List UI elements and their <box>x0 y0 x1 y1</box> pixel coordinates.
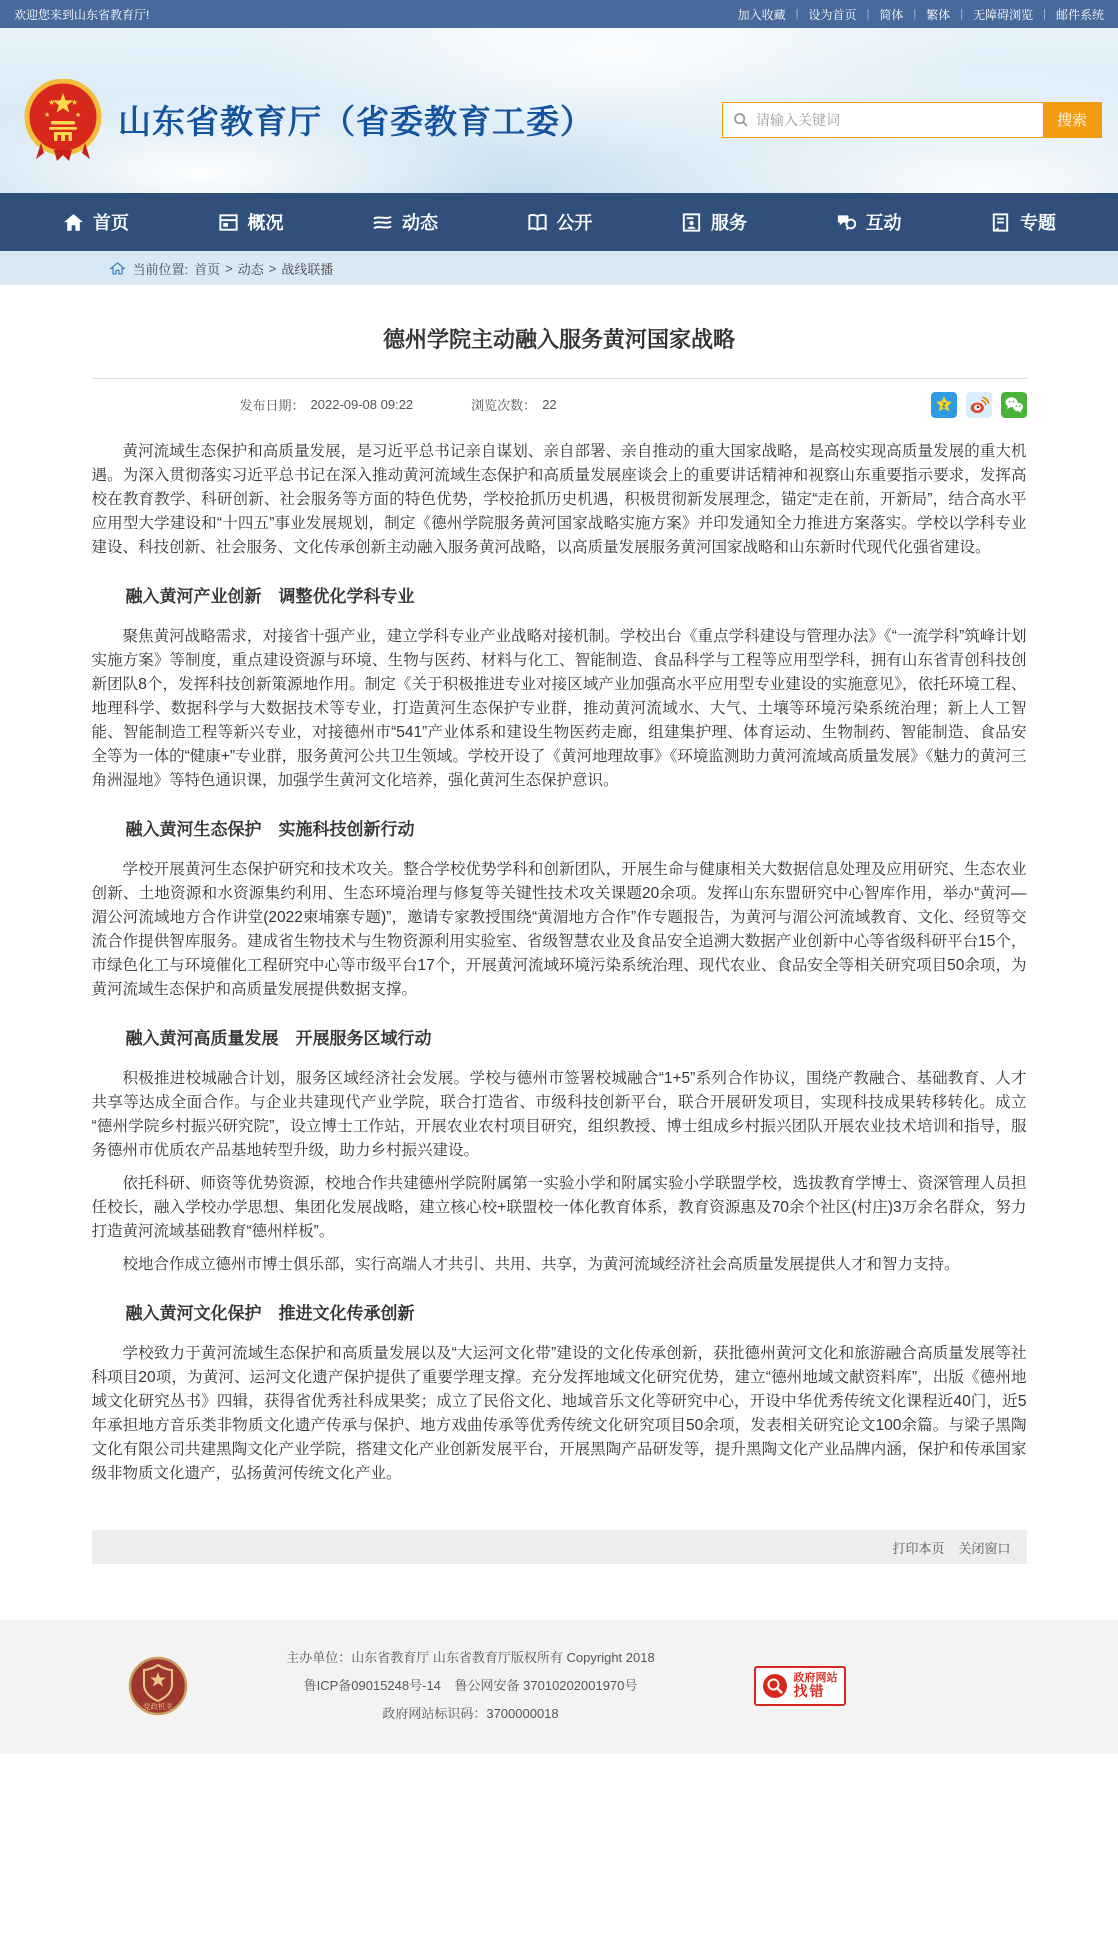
party-gov-badge-icon: 党政机关 <box>128 1656 188 1716</box>
search-button[interactable]: 搜索 <box>1043 103 1101 137</box>
nav-item-topic[interactable]: 专题 <box>989 209 1056 235</box>
article-paragraph: 校地合作成立德州市博士俱乐部，实行高端人才共引、共用、共享，为黄河流域经济社会高… <box>92 1253 1027 1277</box>
print-bar: 打印本页 关闭窗口 <box>92 1530 1027 1564</box>
topbar-link-separator: | <box>913 8 916 20</box>
nav-item-overview[interactable]: 概况 <box>217 209 284 235</box>
section-heading: 融入黄河文化保护 推进文化传承创新 <box>92 1302 1027 1326</box>
footer-sponsor-line: 主办单位：山东省教育厅 山东省教育厅版权所有 Copyright 2018 <box>236 1644 706 1672</box>
breadcrumb-items: 首页>动态>战线联播 <box>194 259 333 278</box>
search-icon <box>732 111 749 128</box>
page-footer: 党政机关 主办单位：山东省教育厅 山东省教育厅版权所有 Copyright 20… <box>0 1620 1118 1754</box>
icp-number[interactable]: 鲁ICP备09015248号-14 <box>304 1678 441 1693</box>
topbar-link-3[interactable]: 繁体 <box>926 6 950 23</box>
breadcrumb-home-icon <box>110 261 125 276</box>
breadcrumb-item-1[interactable]: 动态 <box>238 259 264 278</box>
overview-icon <box>217 211 240 234</box>
police-registration-number[interactable]: 鲁公网安备 37010202001970号 <box>455 1678 638 1693</box>
search-box: 搜索 <box>722 102 1102 138</box>
nav-item-public[interactable]: 公开 <box>526 209 593 235</box>
article-paragraph: 学校开展黄河生态保护研究和技术攻关。整合学校优势学科和创新团队，开展生命与健康相… <box>92 858 1027 1002</box>
svg-text:★: ★ <box>75 111 81 119</box>
main-nav-items: 首页概况动态公开服务互动专题 <box>0 193 1118 251</box>
site-identification-code: 政府网站标识码：3700000018 <box>236 1700 706 1728</box>
article-meta-row: 发布日期： 2022-09-08 09:22 浏览次数： 22 Z <box>92 378 1027 418</box>
article-body: 黄河流域生态保护和高质量发展，是习近平总书记亲自谋划、亲自部署、亲自推动的重大国… <box>92 440 1027 1486</box>
breadcrumb: 当前位置: 首页>动态>战线联播 <box>92 251 1027 285</box>
topbar-link-separator: | <box>796 8 799 20</box>
nav-item-label: 首页 <box>93 209 129 235</box>
svg-text:Z: Z <box>941 402 946 409</box>
nav-item-home[interactable]: 首页 <box>62 209 129 235</box>
nav-item-service[interactable]: 服务 <box>680 209 747 235</box>
article-paragraph: 学校致力于黄河流域生态保护和高质量发展以及“大运河文化带”建设的文化传承创新，获… <box>92 1342 1027 1486</box>
article-paragraph: 聚焦黄河战略需求，对接省十强产业，建立学科专业产业战略对接机制。学校出台《重点学… <box>92 625 1027 793</box>
print-page-button[interactable]: 打印本页 <box>892 1538 944 1557</box>
breadcrumb-separator: > <box>225 261 233 276</box>
svg-text:★: ★ <box>71 98 78 107</box>
site-error-report-badge[interactable]: 政府网站 找错 <box>754 1666 846 1706</box>
footer-text: 主办单位：山东省教育厅 山东省教育厅版权所有 Copyright 2018 鲁I… <box>236 1644 706 1728</box>
topbar-link-1[interactable]: 设为首页 <box>808 6 856 23</box>
section-heading: 融入黄河高质量发展 开展服务区域行动 <box>92 1027 1027 1051</box>
breadcrumb-label: 当前位置: <box>133 259 189 278</box>
national-emblem-icon: ★ ★ ★ ★ <box>24 79 102 161</box>
nav-item-label: 服务 <box>711 209 747 235</box>
open-book-icon <box>526 211 549 234</box>
error-report-seal-icon <box>762 1673 788 1699</box>
qzone-share-button[interactable]: Z <box>931 392 957 418</box>
weibo-share-icon <box>966 392 992 418</box>
topbar-link-separator: | <box>960 8 963 20</box>
service-card-icon <box>680 211 703 234</box>
chat-bubbles-icon <box>835 211 858 234</box>
article-paragraph: 积极推进校城融合计划，服务区域经济社会发展。学校与德州市签署校城融合“1+5”系… <box>92 1067 1027 1163</box>
section-heading: 融入黄河生态保护 实施科技创新行动 <box>92 818 1027 842</box>
breadcrumb-item-0[interactable]: 首页 <box>194 259 220 278</box>
nav-item-label: 动态 <box>402 209 438 235</box>
topbar-link-0[interactable]: 加入收藏 <box>738 6 786 23</box>
article-paragraph: 依托科研、师资等优势资源，校地合作共建德州学院附属第一实验小学和附属实验小学联盟… <box>92 1172 1027 1244</box>
news-stack-icon <box>371 211 394 234</box>
site-title: 山东省教育厅（省委教育工委） <box>118 96 594 143</box>
nav-item-label: 概况 <box>248 209 284 235</box>
qzone-share-icon: Z <box>931 392 957 418</box>
nav-item-label: 专题 <box>1020 209 1056 235</box>
topbar-link-separator: | <box>867 8 870 20</box>
topbar-link-separator: | <box>1043 8 1046 20</box>
section-heading: 融入黄河产业创新 调整优化学科专业 <box>92 585 1027 609</box>
document-icon <box>989 211 1012 234</box>
topbar: 欢迎您来到山东省教育厅! 加入收藏|设为首页|简体|繁体|无障碍浏览|邮件系统 <box>0 0 1118 28</box>
publish-date-label: 发布日期： <box>240 395 305 414</box>
views-value: 22 <box>542 397 556 412</box>
home-icon <box>62 211 85 234</box>
welcome-text: 欢迎您来到山东省教育厅! <box>14 6 149 23</box>
topbar-links: 加入收藏|设为首页|简体|繁体|无障碍浏览|邮件系统 <box>738 6 1104 23</box>
weibo-share-button[interactable] <box>966 392 992 418</box>
party-gov-badge-label: 党政机关 <box>143 1701 173 1711</box>
topbar-link-5[interactable]: 邮件系统 <box>1056 6 1104 23</box>
share-buttons: Z <box>931 392 1027 418</box>
views-label: 浏览次数： <box>471 395 536 414</box>
svg-text:★: ★ <box>44 111 50 119</box>
nav-item-label: 公开 <box>557 209 593 235</box>
svg-text:★: ★ <box>48 98 55 107</box>
wechat-share-button[interactable] <box>1001 392 1027 418</box>
breadcrumb-separator: > <box>269 261 277 276</box>
topbar-link-4[interactable]: 无障碍浏览 <box>973 6 1033 23</box>
wechat-share-icon <box>1001 392 1027 418</box>
search-input[interactable] <box>756 112 1034 128</box>
nav-item-label: 互动 <box>866 209 902 235</box>
breadcrumb-item-2: 战线联播 <box>281 259 333 278</box>
breadcrumb-bar: 当前位置: 首页>动态>战线联播 <box>0 251 1118 285</box>
article-title: 德州学院主动融入服务黄河国家战略 <box>92 285 1027 378</box>
article-paragraph: 黄河流域生态保护和高质量发展，是习近平总书记亲自谋划、亲自部署、亲自推动的重大国… <box>92 440 1027 560</box>
topbar-link-2[interactable]: 简体 <box>879 6 903 23</box>
article-container: 德州学院主动融入服务黄河国家战略 发布日期： 2022-09-08 09:22 … <box>92 285 1027 1564</box>
bottom-spacer <box>0 1754 1118 1802</box>
footer-registration-line: 鲁ICP备09015248号-14 鲁公网安备 37010202001970号 <box>236 1672 706 1700</box>
site-header: ★ ★ ★ ★ 山东省教育厅（省委教育工委） <box>0 28 1118 193</box>
main-nav: 首页概况动态公开服务互动专题 <box>0 193 1118 251</box>
publish-date-value: 2022-09-08 09:22 <box>311 397 414 412</box>
nav-item-interact[interactable]: 互动 <box>835 209 902 235</box>
nav-item-news[interactable]: 动态 <box>371 209 438 235</box>
error-badge-line2: 找错 <box>794 1684 838 1699</box>
close-window-button[interactable]: 关闭窗口 <box>958 1538 1010 1557</box>
